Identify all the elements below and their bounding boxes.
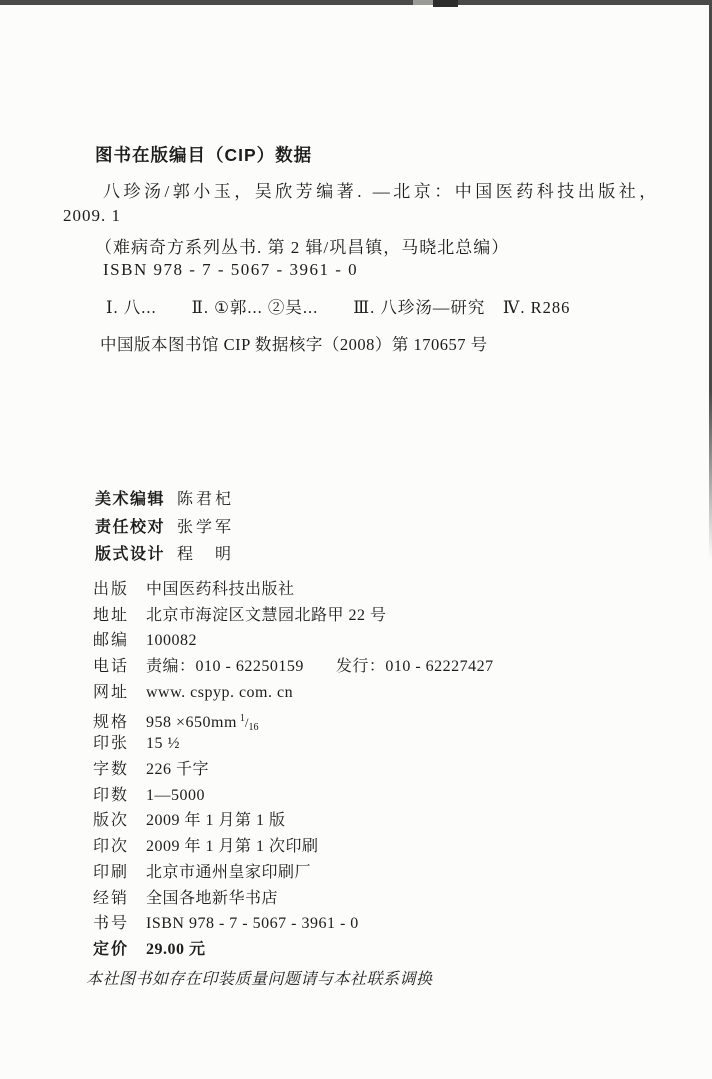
colophon-row-edition: 版次 2009 年 1 月第 1 版 — [93, 808, 494, 834]
scan-artifact-blob — [433, 0, 458, 7]
colophon-value: 15 ½ — [146, 735, 180, 752]
staff-label: 责任校对 — [95, 514, 173, 542]
colophon-label: 版次 — [93, 808, 142, 834]
scan-artifact-top-bar — [0, 0, 712, 5]
staff-credits: 美术编辑 陈君杞 责任校对 张学军 版式设计 程 明 — [95, 486, 234, 569]
colophon-value: 中国医药科技出版社 — [146, 581, 295, 598]
scan-artifact-notch — [413, 0, 433, 5]
colophon-row-printer: 印刷 北京市通州皇家印刷厂 — [93, 860, 494, 886]
colophon-label: 邮编 — [93, 628, 142, 654]
quality-exchange-notice: 本社图书如存在印装质量问题请与本社联系调换 — [86, 966, 433, 989]
staff-row-proofreader: 责任校对 张学军 — [95, 514, 234, 542]
colophon-phone-editorial: 责编：010 - 62250159 — [146, 658, 304, 675]
cip-header: 图书在版编目（CIP）数据 — [95, 142, 312, 167]
colophon-label: 定价 — [93, 937, 142, 963]
colophon-value: 北京市海淀区文慧园北路甲 22 号 — [146, 607, 387, 624]
colophon-row-publisher: 出版 中国医药科技出版社 — [93, 577, 494, 603]
colophon: 出版 中国医药科技出版社 地址 北京市海淀区文慧园北路甲 22 号 邮编 100… — [93, 577, 494, 963]
colophon-row-website: 网址 www. cspyp. com. cn — [93, 680, 494, 706]
colophon-label: 经销 — [93, 886, 142, 912]
colophon-row-postcode: 邮编 100082 — [93, 628, 494, 654]
colophon-label: 书号 — [93, 911, 142, 937]
colophon-label: 印张 — [93, 731, 142, 757]
format-fraction-denominator: 16 — [249, 722, 259, 733]
staff-row-art-editor: 美术编辑 陈君杞 — [95, 486, 234, 514]
colophon-row-address: 地址 北京市海淀区文慧园北路甲 22 号 — [93, 603, 494, 629]
colophon-label: 字数 — [93, 757, 142, 783]
colophon-value: ISBN 978 - 7 - 5067 - 3961 - 0 — [146, 915, 359, 932]
colophon-value: 100082 — [146, 632, 197, 649]
colophon-row-phone: 电话 责编：010 - 62250159 发行：010 - 62227427 — [93, 654, 494, 680]
colophon-phone-distribution: 发行：010 - 62227427 — [336, 658, 494, 675]
cip-entry-line2: 2009. 1 — [63, 206, 121, 226]
colophon-value: 2009 年 1 月第 1 次印刷 — [146, 838, 319, 855]
colophon-value: www. cspyp. com. cn — [146, 684, 293, 701]
colophon-row-distributor: 经销 全国各地新华书店 — [93, 886, 494, 912]
book-copyright-page: 图书在版编目（CIP）数据 八珍汤/郭小玉，吴欣芳编著. —北京：中国医药科技出… — [0, 0, 712, 1079]
colophon-value: 1—5000 — [146, 787, 205, 804]
colophon-row-impression: 印次 2009 年 1 月第 1 次印刷 — [93, 834, 494, 860]
colophon-row-book-number: 书号 ISBN 978 - 7 - 5067 - 3961 - 0 — [93, 911, 494, 937]
cip-classification: Ⅰ. 八... Ⅱ. ①郭... ②吴... Ⅲ. 八珍汤—研究 Ⅳ. R286 — [106, 294, 570, 318]
staff-value: 陈君杞 — [177, 491, 234, 508]
cip-entry-line1: 八珍汤/郭小玉，吴欣芳编著. —北京：中国医药科技出版社， — [103, 177, 660, 202]
colophon-label: 印数 — [93, 783, 142, 809]
staff-label: 版式设计 — [95, 541, 173, 569]
colophon-value: 2009 年 1 月第 1 版 — [146, 812, 286, 829]
colophon-value: 全国各地新华书店 — [146, 890, 278, 907]
colophon-value: 226 千字 — [146, 761, 209, 778]
staff-label: 美术编辑 — [95, 486, 173, 514]
colophon-row-print-run: 印数 1—5000 — [93, 783, 494, 809]
cip-isbn: ISBN 978 - 7 - 5067 - 3961 - 0 — [103, 260, 358, 280]
colophon-row-word-count: 字数 226 千字 — [93, 757, 494, 783]
colophon-label: 出版 — [93, 577, 142, 603]
colophon-row-printed-sheets: 印张 15 ½ — [93, 731, 494, 757]
colophon-value: 29.00 元 — [146, 941, 206, 958]
staff-row-layout-designer: 版式设计 程 明 — [95, 541, 234, 569]
colophon-label: 电话 — [93, 654, 142, 680]
colophon-row-format: 规格 958 ×650mm1/16 — [93, 706, 494, 732]
colophon-label: 地址 — [93, 603, 142, 629]
colophon-label: 网址 — [93, 680, 142, 706]
staff-value: 张学军 — [177, 519, 234, 536]
cip-series-note: （难病奇方系列丛书. 第 2 辑/巩昌镇，马晓北总编） — [95, 233, 509, 258]
colophon-value: 北京市通州皇家印刷厂 — [146, 864, 311, 881]
staff-value: 程 明 — [177, 546, 234, 563]
colophon-label: 印刷 — [93, 860, 142, 886]
cip-registry-number: 中国版本图书馆 CIP 数据核字（2008）第 170657 号 — [100, 331, 488, 355]
colophon-format-size: 958 ×650mm — [146, 714, 237, 731]
colophon-label: 印次 — [93, 834, 142, 860]
colophon-row-price: 定价 29.00 元 — [93, 937, 494, 963]
